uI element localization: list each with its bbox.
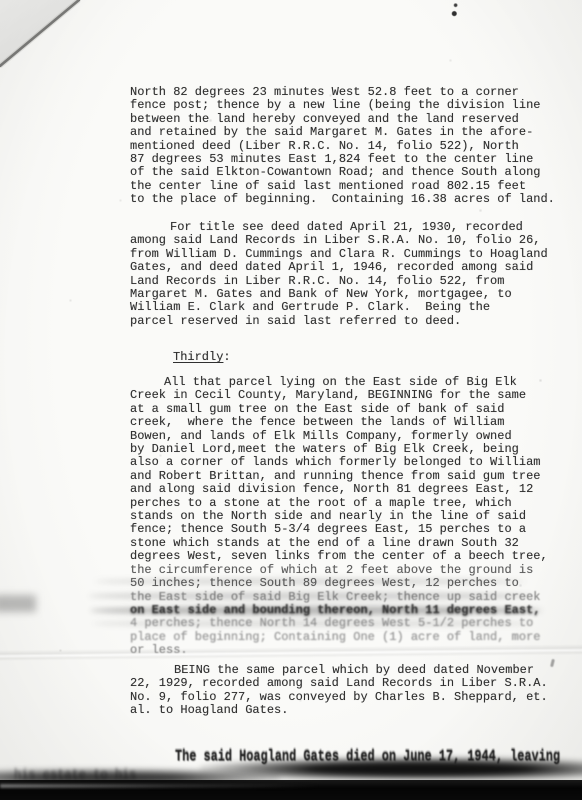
text-line: the East side of said Big Elk Creek; the… <box>130 591 548 604</box>
text-line: No. 9, folio 277, was conveyed by Charle… <box>130 691 548 704</box>
text-line: 50 inches; thence South 89 degrees West,… <box>130 577 548 590</box>
text-line: on East side and bounding thereon, North… <box>130 604 548 617</box>
text-line: fence; thence South 5-3/4 degrees East, … <box>130 523 548 536</box>
text-line: Land Records in Liber R.R.C. No. 14, fol… <box>130 275 548 288</box>
text-line: For title see deed dated April 21, 1930,… <box>170 221 548 234</box>
scanned-deed-page: North 82 degrees 23 minutes West 52.8 fe… <box>0 0 582 800</box>
fold-corner-artifact <box>0 0 92 76</box>
text-line: among said Land Records in Liber S.R.A. … <box>130 234 548 247</box>
text-line: parcel reserved in said last referred to… <box>130 315 548 328</box>
text-line: stone which stands at the end of a line … <box>130 537 548 550</box>
text-line: of the said Elkton-Cowantown Road; and t… <box>130 166 555 179</box>
text-line: and Robert Brittan, and running thence f… <box>130 470 548 483</box>
text-line: Gates, and deed dated April 1, 1946, rec… <box>130 261 548 274</box>
distorted-text-line: The said Hoagland Gates died on June 17,… <box>175 749 560 766</box>
fold-crease-line <box>0 644 582 661</box>
smudge-light-streak <box>0 784 320 788</box>
text-line: William E. Clark and Gertrude P. Clark. … <box>130 301 548 314</box>
fold-corner-graphic <box>0 0 92 76</box>
text-line: stands on the North side and nearly in t… <box>130 510 548 523</box>
text-line: fence post; thence by a new line (being … <box>130 99 555 112</box>
text-line: at a small gum tree on the East side of … <box>130 403 548 416</box>
text-line: mentioned deed (Liber R.R.C. No. 14, fol… <box>130 140 555 153</box>
paragraph-being-parcel: BEING the same parcel which by deed date… <box>130 664 548 718</box>
text-line: al. to Hoagland Gates. <box>130 704 548 717</box>
paragraph-metes-and-bounds: North 82 degrees 23 minutes West 52.8 fe… <box>130 86 555 207</box>
text-line: creek, where the fence between the lands… <box>130 416 548 429</box>
text-line: by Daniel Lord,meet the waters of Big El… <box>130 443 548 456</box>
stray-tick-mark <box>550 659 555 667</box>
text-line: and along said division fence, North 81 … <box>130 483 548 496</box>
text-line: 87 degrees 53 minutes East 1,824 feet to… <box>130 153 555 166</box>
smudge-black-bar <box>0 780 582 800</box>
edge-smudge <box>0 595 36 612</box>
text-line: North 82 degrees 23 minutes West 52.8 fe… <box>130 86 555 99</box>
text-line: from William D. Cummings and Clara R. Cu… <box>130 248 548 261</box>
paragraph-thirdly-body: All that parcel lying on the East side o… <box>130 376 548 658</box>
paragraph-title-reference: For title see deed dated April 21, 1930,… <box>130 221 548 328</box>
text-line: Bowen, and lands of Elk Mills Company, f… <box>130 430 548 443</box>
text-line: 4 perches; thence North 14 degrees West … <box>130 617 548 630</box>
paper-speckles <box>0 0 1 1</box>
text-line: Creek in Cecil County, Maryland, BEGINNI… <box>130 389 548 402</box>
text-line: to the place of beginning. Containing 16… <box>130 193 555 206</box>
text-line: perches to a stone at the root of a mapl… <box>130 497 548 510</box>
text-line: 22, 1929, recorded among said Land Recor… <box>130 677 548 690</box>
text-line: the center line of said last mentioned r… <box>130 180 555 193</box>
text-line: the circumference of which at 2 feet abo… <box>130 564 548 577</box>
section-heading: Thirdly: <box>173 351 231 364</box>
text-line: BEING the same parcel which by deed date… <box>174 664 548 677</box>
text-line: place of beginning; Containing One (1) a… <box>130 631 548 644</box>
text-line: between the land hereby conveyed and the… <box>130 113 555 126</box>
text-line: Margaret M. Gates and Bank of New York, … <box>130 288 548 301</box>
section-heading-text: Thirdly: <box>173 351 231 364</box>
text-line: also a corner of lands which formerly be… <box>130 456 548 469</box>
text-line: All that parcel lying on the East side o… <box>164 376 548 389</box>
text-line: and retained by the said Margaret M. Gat… <box>130 126 555 139</box>
stray-ink-mark <box>449 2 461 22</box>
text-line: degrees West, seven links from the cente… <box>130 550 548 563</box>
